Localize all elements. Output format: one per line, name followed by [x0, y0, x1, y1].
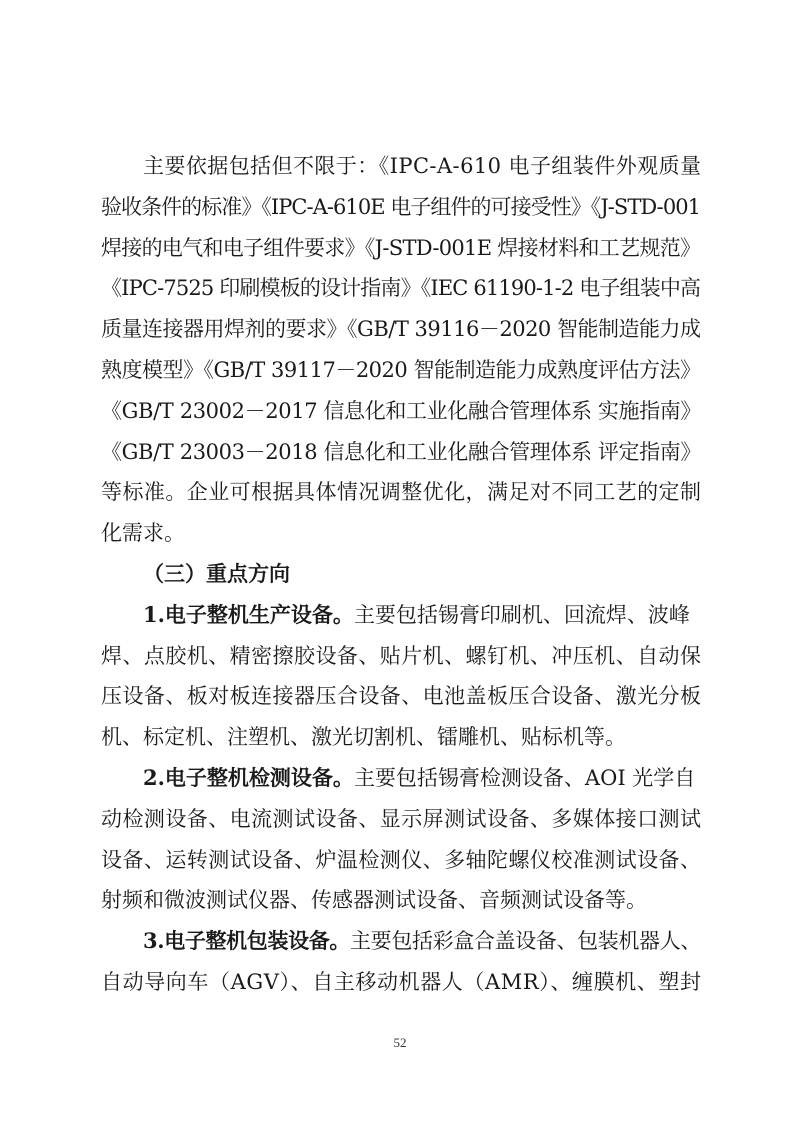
text-line: 质量连接器用焊剂的要求》《GB/T 39116－2020 智能制造能力成 [101, 309, 701, 350]
line-text: 压设备、板对板连接器压合设备、电池盖板压合设备、激光分板 [101, 676, 701, 717]
text-line: 1.电子整机生产设备。主要包括锡膏印刷机、回流焊、波峰 [101, 595, 701, 636]
text-line: 《IPC-7525 印刷模板的设计指南》《IEC 61190-1-2 电子组装中… [101, 268, 701, 309]
text-line: 《GB/T 23002－2017 信息化和工业化融合管理体系 实施指南》 [101, 391, 701, 432]
text-line: 验收条件的标准》《IPC-A-610E 电子组件的可接受性》《J-STD-001 [101, 187, 701, 228]
line-text: 设备、运转测试设备、炉温检测仪、多轴陀螺仪校准测试设备、 [101, 840, 701, 881]
text-line: 设备、运转测试设备、炉温检测仪、多轴陀螺仪校准测试设备、 [101, 840, 701, 881]
line-text: 《IPC-7525 印刷模板的设计指南》《IEC 61190-1-2 电子组装中… [101, 268, 700, 309]
heading-text: （三）重点方向 [143, 554, 290, 595]
text-line: 《GB/T 23003－2018 信息化和工业化融合管理体系 评定指南》 [101, 432, 701, 473]
line-text: 射频和微波测试仪器、传感器测试设备、音频测试设备等。 [101, 880, 647, 921]
text-line: 射频和微波测试仪器、传感器测试设备、音频测试设备等。 [101, 880, 701, 921]
document-page: 主要依据包括但不限于：《IPC-A-610 电子组装件外观质量 验收条件的标准》… [101, 146, 701, 1003]
text-line: 主要依据包括但不限于：《IPC-A-610 电子组装件外观质量 [101, 146, 701, 187]
section-heading: （三）重点方向 [101, 554, 701, 595]
line-text: 主要包括锡膏检测设备、AOI 光学自 [354, 758, 695, 799]
line-text: 主要包括彩盒合盖设备、包装机器人、 [350, 921, 701, 962]
line-text: 熟度模型》《GB/T 39117－2020 智能制造能力成熟度评估方法》 [101, 350, 701, 391]
production-equipment-item: 1.电子整机生产设备。主要包括锡膏印刷机、回流焊、波峰 焊、点胶机、精密擦胶设备… [101, 595, 701, 758]
text-line: 等标准。企业可根据具体情况调整优化，满足对不同工艺的定制 [101, 472, 701, 513]
line-text: 主要包括锡膏印刷机、回流焊、波峰 [354, 595, 690, 636]
line-text: 主要依据包括但不限于：《IPC-A-610 电子组装件外观质量 [143, 146, 701, 187]
line-text: 机、标定机、注塑机、激光切割机、镭雕机、贴标机等。 [101, 717, 626, 758]
text-line: 焊、点胶机、精密擦胶设备、贴片机、螺钉机、冲压机、自动保 [101, 636, 701, 677]
line-text: 《GB/T 23003－2018 信息化和工业化融合管理体系 评定指南》 [101, 432, 701, 473]
line-text: 化需求。 [101, 513, 185, 554]
text-line: 熟度模型》《GB/T 39117－2020 智能制造能力成熟度评估方法》 [101, 350, 701, 391]
text-line: 机、标定机、注塑机、激光切割机、镭雕机、贴标机等。 [101, 717, 701, 758]
packaging-equipment-item: 3.电子整机包装设备。主要包括彩盒合盖设备、包装机器人、 自动导向车（AGV）、… [101, 921, 701, 1003]
text-line: 3.电子整机包装设备。主要包括彩盒合盖设备、包装机器人、 [101, 921, 701, 962]
text-line: 焊接的电气和电子组件要求》《J-STD-001E 焊接材料和工艺规范》 [101, 228, 701, 269]
text-line: 化需求。 [101, 513, 701, 554]
page-number: 52 [0, 1035, 800, 1051]
item-lead: 1.电子整机生产设备。 [143, 595, 354, 636]
text-line: 动检测设备、电流测试设备、显示屏测试设备、多媒体接口测试 [101, 799, 701, 840]
line-text: 《GB/T 23002－2017 信息化和工业化融合管理体系 实施指南》 [101, 391, 701, 432]
item-lead: 2.电子整机检测设备。 [143, 758, 354, 799]
line-text: 等标准。企业可根据具体情况调整优化，满足对不同工艺的定制 [101, 472, 701, 513]
item-lead: 3.电子整机包装设备。 [143, 921, 350, 962]
text-line: 压设备、板对板连接器压合设备、电池盖板压合设备、激光分板 [101, 676, 701, 717]
line-text: 动检测设备、电流测试设备、显示屏测试设备、多媒体接口测试 [101, 799, 701, 840]
text-line: 2.电子整机检测设备。主要包括锡膏检测设备、AOI 光学自 [101, 758, 701, 799]
line-text: 焊接的电气和电子组件要求》《J-STD-001E 焊接材料和工艺规范》 [101, 228, 700, 269]
line-text: 自动导向车（AGV）、自主移动机器人（AMR）、缠膜机、塑封 [101, 962, 702, 1003]
line-text: 焊、点胶机、精密擦胶设备、贴片机、螺钉机、冲压机、自动保 [101, 636, 701, 677]
testing-equipment-item: 2.电子整机检测设备。主要包括锡膏检测设备、AOI 光学自 动检测设备、电流测试… [101, 758, 701, 921]
line-text: 验收条件的标准》《IPC-A-610E 电子组件的可接受性》《J-STD-001 [101, 187, 700, 228]
standards-paragraph: 主要依据包括但不限于：《IPC-A-610 电子组装件外观质量 验收条件的标准》… [101, 146, 701, 554]
line-text: 质量连接器用焊剂的要求》《GB/T 39116－2020 智能制造能力成 [101, 309, 701, 350]
text-line: 自动导向车（AGV）、自主移动机器人（AMR）、缠膜机、塑封 [101, 962, 701, 1003]
